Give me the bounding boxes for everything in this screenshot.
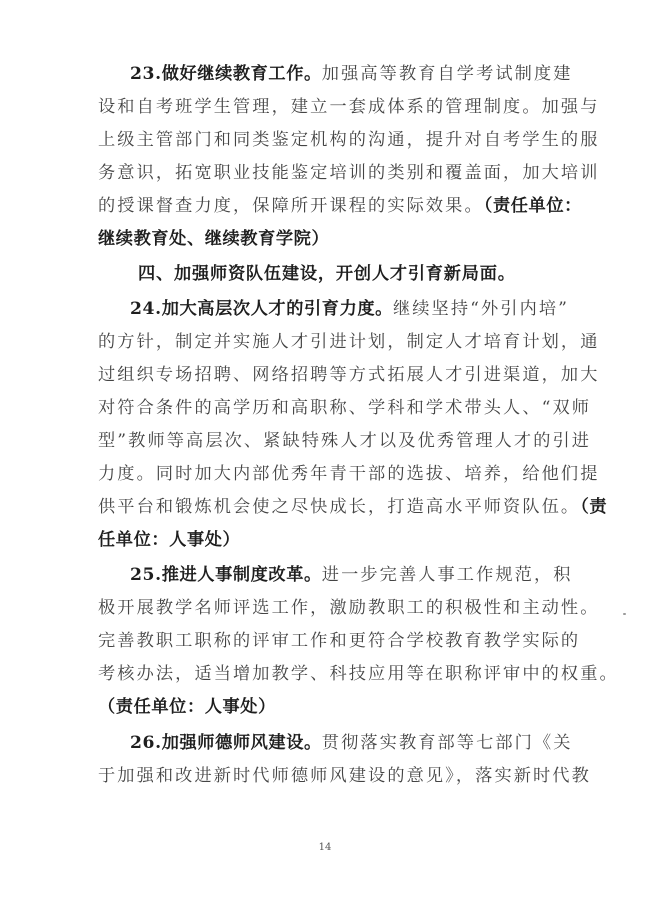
body-text: 完善教职工职称的评审工作和更符合学校教育教学实际的 bbox=[98, 631, 580, 651]
item-24-line-1: 24.加大高层次人才的引育力度。继续坚持“外引内培” bbox=[130, 293, 564, 326]
responsible-unit-label: （责任单位： bbox=[484, 196, 582, 216]
body-text: 上级主管部门和同类鉴定机构的沟通，提升对自考学生的服 bbox=[98, 130, 599, 150]
item-23-title: 23.做好继续教育工作。 bbox=[130, 64, 322, 84]
body-text: 考核办法，适当增加教学、科技应用等在职称评审中的权重。 bbox=[98, 664, 619, 684]
item-24-line-6: 力度。同时加大内部优秀年青干部的选拔、培养，给他们提 bbox=[98, 458, 564, 491]
item-24-line-5: 型”教师等高层次、紧缺特殊人才以及优秀管理人才的引进 bbox=[98, 425, 564, 458]
item-26-line-1: 26.加强师德师风建设。贯彻落实教育部等七部门《关 bbox=[130, 727, 564, 760]
item-25-line-5: （责任单位：人事处） bbox=[98, 691, 564, 724]
item-24-title: 24.加大高层次人才的引育力度。 bbox=[130, 299, 393, 319]
item-23-line-2: 设和自考班学生管理，建立一套成体系的管理制度。加强与 bbox=[98, 91, 564, 124]
item-25-text: 进一步完善人事工作规范，积 bbox=[322, 565, 573, 585]
item-24-line-4: 对符合条件的高学历和高职称、学科和学术带头人、“双师 bbox=[98, 392, 564, 425]
item-23-line-1: 23.做好继续教育工作。加强高等教育自学考试制度建 bbox=[130, 58, 564, 91]
item-25-line-2: 极开展教学名师评选工作，激励教职工的积极性和主动性。 bbox=[98, 592, 564, 625]
item-25-title: 25.推进人事制度改革。 bbox=[130, 565, 322, 585]
section-heading: 四、加强师资队伍建设，开创人才引育新局面。 bbox=[138, 258, 558, 291]
item-26-line-2: 于加强和改进新时代师德师风建设的意见》，落实新时代教 bbox=[98, 760, 564, 793]
responsible-unit-label: （责 bbox=[580, 497, 607, 517]
responsible-unit-value: 任单位：人事处） bbox=[98, 530, 240, 550]
body-text: 过组织专场招聘、网络招聘等方式拓展人才引进渠道，加大 bbox=[98, 365, 599, 385]
item-24-line-2: 的方针，制定并实施人才引进计划，制定人才培育计划，通 bbox=[98, 326, 564, 359]
body-text: 力度。同时加大内部优秀年青干部的选拔、培养，给他们提 bbox=[98, 464, 599, 484]
body-text: 于加强和改进新时代师德师风建设的意见》，落实新时代教 bbox=[98, 766, 591, 786]
body-text: 供平台和锻炼机会使之尽快成长，打造高水平师资队伍。 bbox=[98, 497, 580, 517]
item-23-text: 加强高等教育自学考试制度建 bbox=[322, 64, 573, 84]
item-24-line-3: 过组织专场招聘、网络招聘等方式拓展人才引进渠道，加大 bbox=[98, 359, 564, 392]
body-text: 务意识，拓宽职业技能鉴定培训的类别和覆盖面，加大培训 bbox=[98, 163, 599, 183]
item-24-line-7: 供平台和锻炼机会使之尽快成长，打造高水平师资队伍。（责 bbox=[98, 491, 564, 524]
item-25-line-1: 25.推进人事制度改革。进一步完善人事工作规范，积 bbox=[130, 559, 564, 592]
item-23-line-5: 的授课督查力度，保障所开课程的实际效果。（责任单位： bbox=[98, 190, 564, 223]
page-number: 14 bbox=[0, 842, 650, 853]
responsible-unit: （责任单位：人事处） bbox=[98, 697, 276, 717]
item-24-text: 继续坚持“外引内培” bbox=[393, 299, 569, 319]
body-text: 设和自考班学生管理，建立一套成体系的管理制度。加强与 bbox=[98, 97, 599, 117]
scan-artifact bbox=[623, 613, 626, 615]
body-text: 的授课督查力度，保障所开课程的实际效果。 bbox=[98, 196, 484, 216]
item-26-title: 26.加强师德师风建设。 bbox=[130, 733, 322, 753]
item-23-line-3: 上级主管部门和同类鉴定机构的沟通，提升对自考学生的服 bbox=[98, 124, 564, 157]
body-text: 极开展教学名师评选工作，激励教职工的积极性和主动性。 bbox=[98, 598, 599, 618]
responsible-unit-value: 继续教育处、继续教育学院） bbox=[98, 229, 329, 249]
body-text: 的方针，制定并实施人才引进计划，制定人才培育计划，通 bbox=[98, 332, 599, 352]
item-23-line-4: 务意识，拓宽职业技能鉴定培训的类别和覆盖面，加大培训 bbox=[98, 157, 564, 190]
item-23-line-6: 继续教育处、继续教育学院） bbox=[98, 223, 564, 256]
document-page: 23.做好继续教育工作。加强高等教育自学考试制度建 设和自考班学生管理，建立一套… bbox=[0, 0, 650, 897]
item-25-line-3: 完善教职工职称的评审工作和更符合学校教育教学实际的 bbox=[98, 625, 564, 658]
item-26-text: 贯彻落实教育部等七部门《关 bbox=[322, 733, 573, 753]
body-text: 型”教师等高层次、紧缺特殊人才以及优秀管理人才的引进 bbox=[98, 431, 591, 451]
item-24-line-8: 任单位：人事处） bbox=[98, 524, 564, 557]
body-text: 对符合条件的高学历和高职称、学科和学术带头人、“双师 bbox=[98, 398, 591, 418]
item-25-line-4: 考核办法，适当增加教学、科技应用等在职称评审中的权重。 bbox=[98, 658, 564, 691]
